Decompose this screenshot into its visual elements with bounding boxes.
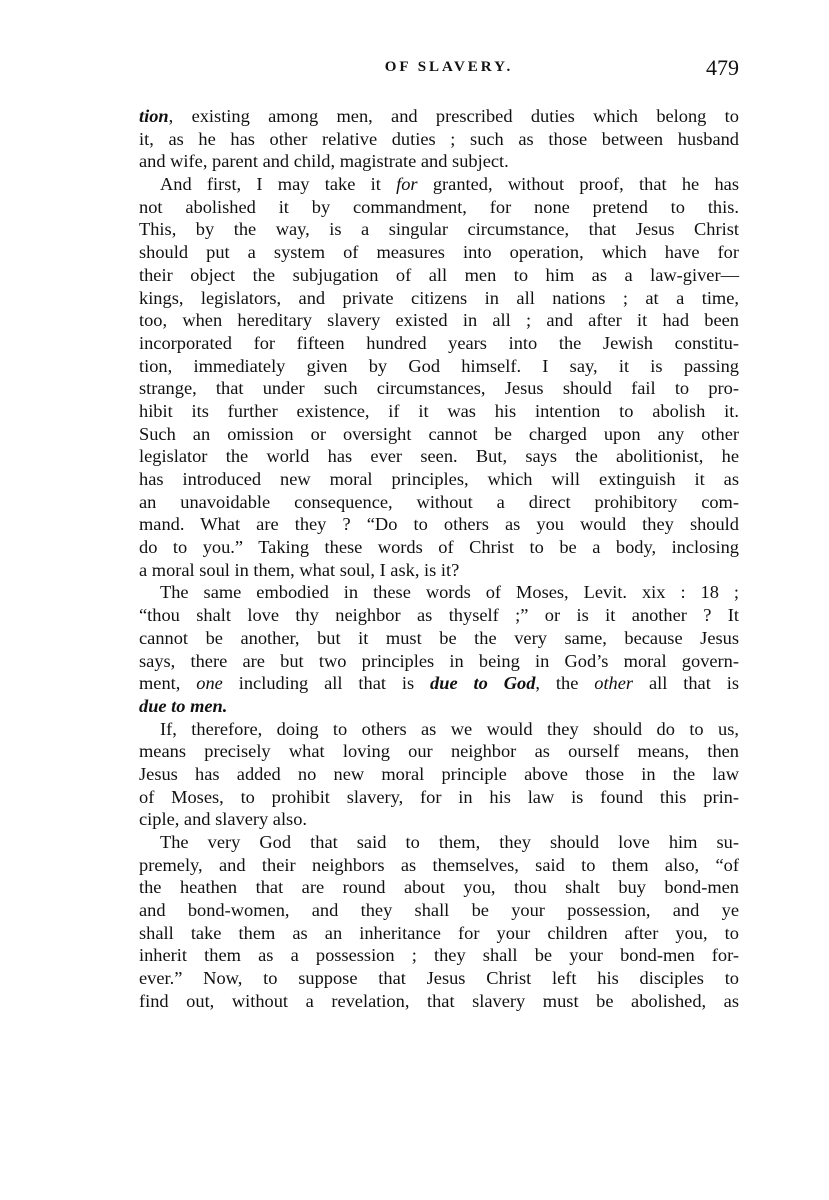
text-line: inherit them as a possession ; they shal…: [139, 944, 739, 967]
text-segment: should put a system of measures into ope…: [139, 242, 739, 262]
text-line: due to men.: [139, 695, 739, 718]
text-segment: Jesus has added no new moral principle a…: [139, 764, 739, 784]
text-segment: and bond-women, and they shall be your p…: [139, 900, 739, 920]
page-number: 479: [706, 55, 739, 81]
running-title: OF SLAVERY.: [139, 59, 739, 76]
text-segment: , existing among men, and prescribed dut…: [169, 106, 739, 126]
text-segment: means precisely what loving our neighbor…: [139, 741, 739, 761]
text-segment: find out, without a revelation, that sla…: [139, 991, 739, 1011]
text-segment: granted, without proof, that he has: [418, 174, 739, 194]
text-line: tion, immediately given by God himself. …: [139, 355, 739, 378]
paragraph: And first, I may take it for granted, wi…: [139, 173, 739, 581]
text-line: cannot be another, but it must be the ve…: [139, 627, 739, 650]
text-line: mand. What are they ? “Do to others as y…: [139, 513, 739, 536]
text-segment: And first, I may take it: [160, 174, 396, 194]
text-line: strange, that under such circumstances, …: [139, 377, 739, 400]
text-line: of Moses, to prohibit slavery, for in hi…: [139, 786, 739, 809]
text-segment: The very God that said to them, they sho…: [160, 832, 739, 852]
text-line: This, by the way, is a singular circumst…: [139, 218, 739, 241]
text-line: it, as he has other relative duties ; su…: [139, 128, 739, 151]
text-segment: , the: [535, 673, 594, 693]
text-segment: ever.” Now, to suppose that Jesus Christ…: [139, 968, 739, 988]
text-segment: not abolished it by commandment, for non…: [139, 197, 739, 217]
text-segment: an unavoidable consequence, without a di…: [139, 492, 739, 512]
text-line: shall take them as an inheritance for yo…: [139, 922, 739, 945]
text-line: The same embodied in these words of Mose…: [139, 581, 739, 604]
text-segment: The same embodied in these words of Mose…: [160, 582, 739, 602]
text-line: And first, I may take it for granted, wi…: [139, 173, 739, 196]
text-line: find out, without a revelation, that sla…: [139, 990, 739, 1013]
text-segment: ment,: [139, 673, 196, 693]
text-line: The very God that said to them, they sho…: [139, 831, 739, 854]
running-head: OF SLAVERY. 479: [139, 55, 739, 87]
text-segment: inherit them as a possession ; they shal…: [139, 945, 739, 965]
text-line: ever.” Now, to suppose that Jesus Christ…: [139, 967, 739, 990]
text-line: and bond-women, and they shall be your p…: [139, 899, 739, 922]
text-line: too, when hereditary slavery existed in …: [139, 309, 739, 332]
text-segment: mand. What are they ? “Do to others as y…: [139, 514, 739, 534]
text-line: do to you.” Taking these words of Christ…: [139, 536, 739, 559]
paragraph: The very God that said to them, they sho…: [139, 831, 739, 1013]
text-segment: a moral soul in them, what soul, I ask, …: [139, 560, 459, 580]
text-segment: legislator the world has ever seen. But,…: [139, 446, 739, 466]
text-segment: ciple, and slavery also.: [139, 809, 307, 829]
text-segment: the heathen that are round about you, th…: [139, 877, 739, 897]
text-segment: “thou shalt love thy neighbor as thyself…: [139, 605, 739, 625]
text-line: If, therefore, doing to others as we wou…: [139, 718, 739, 741]
emphasis-text: for: [396, 174, 417, 194]
text-segment: shall take them as an inheritance for yo…: [139, 923, 739, 943]
text-line: a moral soul in them, what soul, I ask, …: [139, 559, 739, 582]
text-line: Jesus has added no new moral principle a…: [139, 763, 739, 786]
paragraph: tion, existing among men, and prescribed…: [139, 105, 739, 173]
paragraph: The same embodied in these words of Mose…: [139, 581, 739, 717]
emphasis-text: due to men.: [139, 696, 227, 716]
text-line: should put a system of measures into ope…: [139, 241, 739, 264]
text-segment: cannot be another, but it must be the ve…: [139, 628, 739, 648]
text-segment: tion, immediately given by God himself. …: [139, 356, 739, 376]
text-line: “thou shalt love thy neighbor as thyself…: [139, 604, 739, 627]
text-segment: premely, and their neighbors as themselv…: [139, 855, 739, 875]
text-line: means precisely what loving our neighbor…: [139, 740, 739, 763]
text-line: has introduced new moral principles, whi…: [139, 468, 739, 491]
text-segment: Such an omission or oversight cannot be …: [139, 424, 739, 444]
text-line: incorporated for fifteen hundred years i…: [139, 332, 739, 355]
text-segment: do to you.” Taking these words of Christ…: [139, 537, 739, 557]
text-line: kings, legislators, and private citizens…: [139, 287, 739, 310]
text-segment: has introduced new moral principles, whi…: [139, 469, 739, 489]
text-segment: incorporated for fifteen hundred years i…: [139, 333, 739, 353]
text-segment: kings, legislators, and private citizens…: [139, 288, 739, 308]
text-line: tion, existing among men, and prescribed…: [139, 105, 739, 128]
text-line: ment, one including all that is due to G…: [139, 672, 739, 695]
text-segment: their object the subjugation of all men …: [139, 265, 739, 285]
text-line: their object the subjugation of all men …: [139, 264, 739, 287]
text-segment: If, therefore, doing to others as we wou…: [160, 719, 739, 739]
text-line: ciple, and slavery also.: [139, 808, 739, 831]
scanned-page-gutter-shadow: [0, 0, 110, 1200]
body-text: tion, existing among men, and prescribed…: [139, 105, 739, 1013]
text-line: Such an omission or oversight cannot be …: [139, 423, 739, 446]
text-line: and wife, parent and child, magistrate a…: [139, 150, 739, 173]
text-segment: all that is: [633, 673, 739, 693]
text-segment: and wife, parent and child, magistrate a…: [139, 151, 509, 171]
text-line: legislator the world has ever seen. But,…: [139, 445, 739, 468]
emphasis-text: other: [594, 673, 633, 693]
text-segment: This, by the way, is a singular circumst…: [139, 219, 739, 239]
text-segment: hibit its further existence, if it was h…: [139, 401, 739, 421]
text-line: premely, and their neighbors as themselv…: [139, 854, 739, 877]
paragraph: If, therefore, doing to others as we wou…: [139, 718, 739, 831]
text-segment: it, as he has other relative duties ; su…: [139, 129, 739, 149]
text-line: the heathen that are round about you, th…: [139, 876, 739, 899]
text-line: says, there are but two principles in be…: [139, 650, 739, 673]
emphasis-text: one: [196, 673, 223, 693]
emphasis-text: tion: [139, 106, 169, 126]
text-segment: of Moses, to prohibit slavery, for in hi…: [139, 787, 739, 807]
text-line: not abolished it by commandment, for non…: [139, 196, 739, 219]
emphasis-text: due to God: [430, 673, 535, 693]
book-page: OF SLAVERY. 479 tion, existing among men…: [139, 55, 739, 1013]
text-line: hibit its further existence, if it was h…: [139, 400, 739, 423]
text-segment: too, when hereditary slavery existed in …: [139, 310, 739, 330]
text-segment: strange, that under such circumstances, …: [139, 378, 739, 398]
text-line: an unavoidable consequence, without a di…: [139, 491, 739, 514]
text-segment: says, there are but two principles in be…: [139, 651, 739, 671]
text-segment: including all that is: [223, 673, 430, 693]
